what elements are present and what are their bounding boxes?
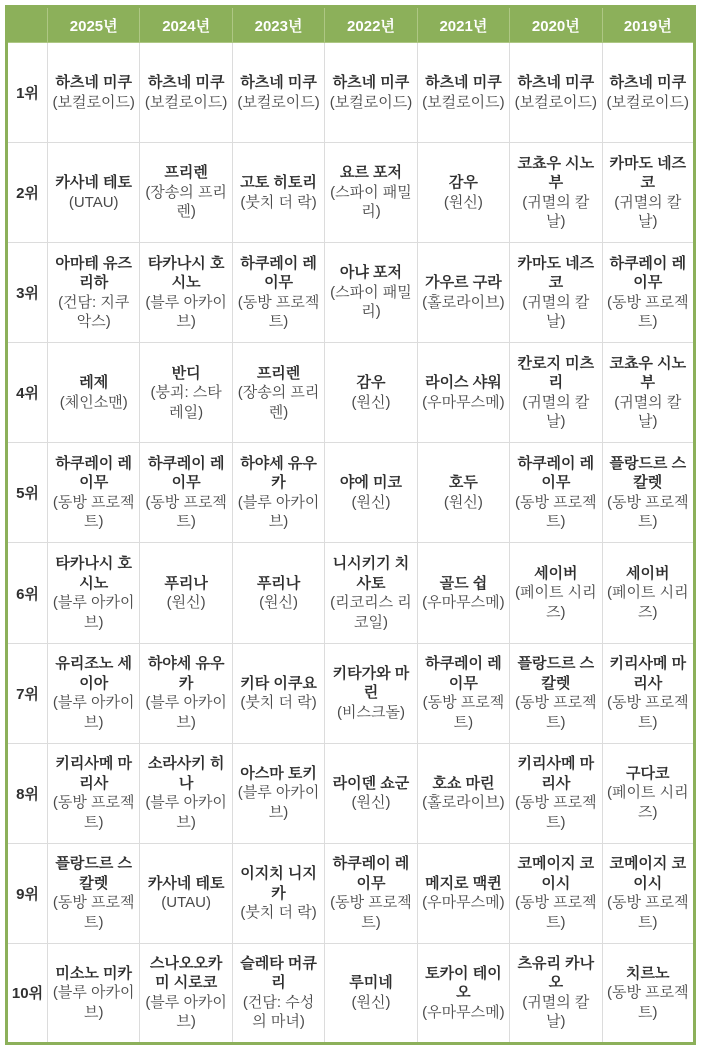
character-cell: 감우(원신) — [325, 343, 417, 443]
character-source: (원신) — [144, 593, 227, 613]
character-source: (귀멸의 칼날) — [514, 193, 597, 232]
character-name: 카사네 테토 — [144, 874, 227, 894]
character-name: 라이덴 쇼군 — [329, 774, 412, 794]
character-source: (동방 프로젝트) — [607, 693, 689, 732]
character-cell: 카마도 네즈코(귀멸의 칼날) — [510, 243, 602, 343]
character-name: 아스마 토키 — [237, 764, 320, 784]
character-name: 하츠네 미쿠 — [422, 73, 505, 93]
character-name: 카마도 네즈코 — [514, 254, 597, 293]
character-name: 타카나시 호시노 — [144, 254, 227, 293]
character-name: 소라사키 히나 — [144, 754, 227, 793]
character-source: (우마무스메) — [422, 893, 505, 913]
character-cell: 프리렌(장송의 프리렌) — [140, 143, 232, 243]
character-cell: 라이덴 쇼군(원신) — [325, 743, 417, 843]
year-header: 2020년 — [510, 7, 602, 43]
character-name: 이지치 니지카 — [237, 864, 320, 903]
character-cell: 소라사키 히나(블루 아카이브) — [140, 743, 232, 843]
table-row: 9위플랑드르 스칼렛(동방 프로젝트)카사네 테토(UTAU)이지치 니지카(붓… — [7, 843, 695, 943]
character-source: (블루 아카이브) — [144, 793, 227, 832]
character-cell: 코쵸우 시노부(귀멸의 칼날) — [602, 343, 694, 443]
character-source: (장송의 프리렌) — [144, 183, 227, 222]
character-name: 키리사메 마리사 — [52, 754, 135, 793]
character-cell: 세이버(페이트 시리즈) — [510, 543, 602, 643]
character-source: (동방 프로젝트) — [52, 793, 135, 832]
character-cell: 키리사메 마리사(동방 프로젝트) — [510, 743, 602, 843]
character-source: (붓치 더 락) — [237, 903, 320, 923]
character-name: 고토 히토리 — [237, 173, 320, 193]
character-name: 하츠네 미쿠 — [329, 73, 412, 93]
character-source: (스파이 패밀리) — [329, 183, 412, 222]
character-cell: 유리조노 세이아(블루 아카이브) — [48, 643, 140, 743]
rank-cell: 1위 — [7, 43, 48, 143]
character-name: 스나오오카미 시로코 — [144, 954, 227, 993]
character-source: (귀멸의 칼날) — [514, 293, 597, 332]
character-source: (UTAU) — [52, 193, 135, 213]
character-name: 하츠네 미쿠 — [144, 73, 227, 93]
character-name: 하츠네 미쿠 — [514, 73, 597, 93]
character-name: 타카나시 호시노 — [52, 554, 135, 593]
character-source: (원신) — [237, 593, 320, 613]
character-source: (동방 프로젝트) — [52, 493, 135, 532]
character-cell: 츠유리 카나오(귀멸의 칼날) — [510, 943, 602, 1043]
character-cell: 호두(원신) — [417, 443, 509, 543]
character-name: 코쵸우 시노부 — [514, 154, 597, 193]
character-source: (귀멸의 칼날) — [514, 993, 597, 1032]
character-name: 푸리나 — [144, 574, 227, 594]
character-name: 플랑드르 스칼렛 — [52, 854, 135, 893]
character-name: 골드 쉽 — [422, 574, 505, 594]
year-header: 2023년 — [232, 7, 324, 43]
character-name: 키리사메 마리사 — [607, 654, 689, 693]
character-cell: 세이버(페이트 시리즈) — [602, 543, 694, 643]
character-cell: 루미네(원신) — [325, 943, 417, 1043]
character-source: (페이트 시리즈) — [607, 783, 689, 822]
character-name: 레제 — [52, 373, 135, 393]
character-source: (보컬로이드) — [52, 93, 135, 113]
character-source: (건담: 지쿠악스) — [52, 293, 135, 332]
character-source: (원신) — [329, 793, 412, 813]
character-source: (우마무스메) — [422, 593, 505, 613]
character-source: (우마무스메) — [422, 393, 505, 413]
character-name: 코메이지 코이시 — [607, 854, 689, 893]
character-name: 유리조노 세이아 — [52, 654, 135, 693]
character-cell: 스나오오카미 시로코(블루 아카이브) — [140, 943, 232, 1043]
character-name: 카사네 테토 — [52, 173, 135, 193]
character-source: (홀로라이브) — [422, 293, 505, 313]
character-name: 반디 — [144, 364, 227, 384]
character-name: 하쿠레이 레이무 — [514, 454, 597, 493]
character-name: 호두 — [422, 473, 505, 493]
character-source: (붓치 더 락) — [237, 693, 320, 713]
character-source: (페이트 시리즈) — [514, 583, 597, 622]
rank-cell: 6위 — [7, 543, 48, 643]
character-source: (동방 프로젝트) — [422, 693, 505, 732]
character-name: 가우르 구라 — [422, 273, 505, 293]
character-cell: 메지로 맥퀸(우마무스메) — [417, 843, 509, 943]
character-cell: 하츠네 미쿠(보컬로이드) — [232, 43, 324, 143]
year-header: 2021년 — [417, 7, 509, 43]
character-cell: 플랑드르 스칼렛(동방 프로젝트) — [602, 443, 694, 543]
rank-cell: 4위 — [7, 343, 48, 443]
rank-cell: 9위 — [7, 843, 48, 943]
rank-cell: 3위 — [7, 243, 48, 343]
character-name: 세이버 — [607, 564, 689, 584]
character-source: (동방 프로젝트) — [607, 983, 689, 1022]
character-source: (귀멸의 칼날) — [607, 393, 689, 432]
character-name: 하츠네 미쿠 — [607, 73, 689, 93]
table-row: 3위아마테 유즈리하(건담: 지쿠악스)타카나시 호시노(블루 아카이브)하쿠레… — [7, 243, 695, 343]
corner-cell — [7, 7, 48, 43]
character-cell: 키리사메 마리사(동방 프로젝트) — [48, 743, 140, 843]
character-source: (귀멸의 칼날) — [514, 393, 597, 432]
character-cell: 라이스 샤워(우마무스메) — [417, 343, 509, 443]
character-cell: 하츠네 미쿠(보컬로이드) — [602, 43, 694, 143]
character-name: 키리사메 마리사 — [514, 754, 597, 793]
character-cell: 하츠네 미쿠(보컬로이드) — [140, 43, 232, 143]
character-cell: 하츠네 미쿠(보컬로이드) — [325, 43, 417, 143]
character-name: 메지로 맥퀸 — [422, 874, 505, 894]
character-cell: 하야세 유우카(블루 아카이브) — [140, 643, 232, 743]
character-source: (우마무스메) — [422, 1003, 505, 1023]
character-source: (동방 프로젝트) — [144, 493, 227, 532]
character-cell: 플랑드르 스칼렛(동방 프로젝트) — [510, 643, 602, 743]
character-name: 칸로지 미츠리 — [514, 354, 597, 393]
character-cell: 카사네 테토(UTAU) — [48, 143, 140, 243]
character-source: (동방 프로젝트) — [514, 693, 597, 732]
character-name: 푸리나 — [237, 574, 320, 594]
character-source: (동방 프로젝트) — [607, 893, 689, 932]
character-name: 아냐 포저 — [329, 263, 412, 283]
character-cell: 타카나시 호시노(블루 아카이브) — [140, 243, 232, 343]
character-cell: 가우르 구라(홀로라이브) — [417, 243, 509, 343]
character-cell: 슬레타 머큐리(건담: 수성의 마녀) — [232, 943, 324, 1043]
character-cell: 코메이지 코이시(동방 프로젝트) — [510, 843, 602, 943]
character-source: (원신) — [422, 493, 505, 513]
character-name: 미소노 미카 — [52, 964, 135, 984]
character-name: 하쿠레이 레이무 — [607, 254, 689, 293]
character-name: 하츠네 미쿠 — [237, 73, 320, 93]
character-name: 하츠네 미쿠 — [52, 73, 135, 93]
character-source: (보컬로이드) — [144, 93, 227, 113]
character-name: 코메이지 코이시 — [514, 854, 597, 893]
character-cell: 하츠네 미쿠(보컬로이드) — [510, 43, 602, 143]
character-cell: 타카나시 호시노(블루 아카이브) — [48, 543, 140, 643]
character-source: (보컬로이드) — [237, 93, 320, 113]
character-cell: 프리렌(장송의 프리렌) — [232, 343, 324, 443]
character-source: (블루 아카이브) — [237, 493, 320, 532]
character-name: 하쿠레이 레이무 — [422, 654, 505, 693]
character-source: (블루 아카이브) — [144, 293, 227, 332]
character-name: 플랑드르 스칼렛 — [607, 454, 689, 493]
character-source: (블루 아카이브) — [52, 693, 135, 732]
character-source: (붓치 더 락) — [237, 193, 320, 213]
rank-cell: 7위 — [7, 643, 48, 743]
character-cell: 코메이지 코이시(동방 프로젝트) — [602, 843, 694, 943]
character-name: 구다코 — [607, 764, 689, 784]
character-cell: 하쿠레이 레이무(동방 프로젝트) — [510, 443, 602, 543]
table-row: 6위타카나시 호시노(블루 아카이브)푸리나(원신)푸리나(원신)니시키기 치사… — [7, 543, 695, 643]
character-cell: 카사네 테토(UTAU) — [140, 843, 232, 943]
character-name: 하쿠레이 레이무 — [52, 454, 135, 493]
table-row: 7위유리조노 세이아(블루 아카이브)하야세 유우카(블루 아카이브)키타 이쿠… — [7, 643, 695, 743]
character-source: (동방 프로젝트) — [514, 493, 597, 532]
character-source: (동방 프로젝트) — [514, 893, 597, 932]
character-source: (동방 프로젝트) — [607, 493, 689, 532]
character-cell: 키리사메 마리사(동방 프로젝트) — [602, 643, 694, 743]
character-source: (블루 아카이브) — [144, 693, 227, 732]
character-name: 하쿠레이 레이무 — [237, 254, 320, 293]
character-name: 플랑드르 스칼렛 — [514, 654, 597, 693]
character-name: 세이버 — [514, 564, 597, 584]
character-cell: 푸리나(원신) — [232, 543, 324, 643]
character-cell: 칸로지 미츠리(귀멸의 칼날) — [510, 343, 602, 443]
table-row: 1위하츠네 미쿠(보컬로이드)하츠네 미쿠(보컬로이드)하츠네 미쿠(보컬로이드… — [7, 43, 695, 143]
character-cell: 아스마 토키(블루 아카이브) — [232, 743, 324, 843]
character-source: (보컬로이드) — [514, 93, 597, 113]
character-source: (UTAU) — [144, 893, 227, 913]
year-header: 2019년 — [602, 7, 694, 43]
character-source: (원신) — [329, 393, 412, 413]
character-cell: 고토 히토리(붓치 더 락) — [232, 143, 324, 243]
table-row: 8위키리사메 마리사(동방 프로젝트)소라사키 히나(블루 아카이브)아스마 토… — [7, 743, 695, 843]
character-name: 키타 이쿠요 — [237, 674, 320, 694]
page: 2025년2024년2023년2022년2021년2020년2019년 1위하츠… — [0, 0, 701, 1050]
ranking-table: 2025년2024년2023년2022년2021년2020년2019년 1위하츠… — [5, 5, 696, 1045]
character-cell: 하쿠레이 레이무(동방 프로젝트) — [140, 443, 232, 543]
character-cell: 호쇼 마린(홀로라이브) — [417, 743, 509, 843]
character-cell: 치르노(동방 프로젝트) — [602, 943, 694, 1043]
character-name: 토카이 테이오 — [422, 964, 505, 1003]
character-name: 라이스 샤워 — [422, 373, 505, 393]
character-source: (동방 프로젝트) — [52, 893, 135, 932]
character-source: (블루 아카이브) — [237, 783, 320, 822]
character-cell: 하쿠레이 레이무(동방 프로젝트) — [325, 843, 417, 943]
character-cell: 키타 이쿠요(붓치 더 락) — [232, 643, 324, 743]
character-source: (블루 아카이브) — [144, 993, 227, 1032]
character-name: 하쿠레이 레이무 — [329, 854, 412, 893]
character-source: (보컬로이드) — [329, 93, 412, 113]
rank-cell: 5위 — [7, 443, 48, 543]
character-cell: 레제(체인소맨) — [48, 343, 140, 443]
character-cell: 요르 포저(스파이 패밀리) — [325, 143, 417, 243]
character-name: 야에 미코 — [329, 473, 412, 493]
character-source: (홀로라이브) — [422, 793, 505, 813]
character-source: (블루 아카이브) — [52, 983, 135, 1022]
year-header: 2024년 — [140, 7, 232, 43]
character-cell: 야에 미코(원신) — [325, 443, 417, 543]
character-cell: 코쵸우 시노부(귀멸의 칼날) — [510, 143, 602, 243]
character-cell: 하츠네 미쿠(보컬로이드) — [417, 43, 509, 143]
year-header: 2025년 — [48, 7, 140, 43]
character-cell: 푸리나(원신) — [140, 543, 232, 643]
character-name: 루미네 — [329, 973, 412, 993]
character-cell: 감우(원신) — [417, 143, 509, 243]
character-name: 프리렌 — [237, 364, 320, 384]
character-source: (체인소맨) — [52, 393, 135, 413]
character-cell: 토카이 테이오(우마무스메) — [417, 943, 509, 1043]
character-source: (블루 아카이브) — [52, 593, 135, 632]
character-cell: 하츠네 미쿠(보컬로이드) — [48, 43, 140, 143]
character-source: (페이트 시리즈) — [607, 583, 689, 622]
character-name: 슬레타 머큐리 — [237, 954, 320, 993]
rank-cell: 10위 — [7, 943, 48, 1043]
character-cell: 미소노 미카(블루 아카이브) — [48, 943, 140, 1043]
character-cell: 이지치 니지카(붓치 더 락) — [232, 843, 324, 943]
character-cell: 하쿠레이 레이무(동방 프로젝트) — [602, 243, 694, 343]
character-name: 하야세 유우카 — [144, 654, 227, 693]
character-source: (보컬로이드) — [607, 93, 689, 113]
table-row: 5위하쿠레이 레이무(동방 프로젝트)하쿠레이 레이무(동방 프로젝트)하야세 … — [7, 443, 695, 543]
rank-cell: 2위 — [7, 143, 48, 243]
character-source: (귀멸의 칼날) — [607, 193, 689, 232]
character-name: 요르 포저 — [329, 163, 412, 183]
character-name: 키타가와 마린 — [329, 664, 412, 703]
character-name: 니시키기 치사토 — [329, 554, 412, 593]
character-cell: 아냐 포저(스파이 패밀리) — [325, 243, 417, 343]
character-name: 호쇼 마린 — [422, 774, 505, 794]
character-source: (동방 프로젝트) — [237, 293, 320, 332]
character-cell: 반디(붕괴: 스타레일) — [140, 343, 232, 443]
table-row: 4위레제(체인소맨)반디(붕괴: 스타레일)프리렌(장송의 프리렌)감우(원신)… — [7, 343, 695, 443]
character-name: 츠유리 카나오 — [514, 954, 597, 993]
character-source: (리코리스 리코일) — [329, 593, 412, 632]
character-source: (원신) — [422, 193, 505, 213]
character-name: 하야세 유우카 — [237, 454, 320, 493]
table-row: 2위카사네 테토(UTAU)프리렌(장송의 프리렌)고토 히토리(붓치 더 락)… — [7, 143, 695, 243]
character-name: 코쵸우 시노부 — [607, 354, 689, 393]
character-source: (붕괴: 스타레일) — [144, 383, 227, 422]
table-head: 2025년2024년2023년2022년2021년2020년2019년 — [7, 7, 695, 43]
character-cell: 골드 쉽(우마무스메) — [417, 543, 509, 643]
character-name: 아마테 유즈리하 — [52, 254, 135, 293]
character-source: (보컬로이드) — [422, 93, 505, 113]
character-cell: 하쿠레이 레이무(동방 프로젝트) — [232, 243, 324, 343]
character-name: 감우 — [422, 173, 505, 193]
character-source: (원신) — [329, 493, 412, 513]
character-source: (건담: 수성의 마녀) — [237, 993, 320, 1032]
character-source: (동방 프로젝트) — [607, 293, 689, 332]
character-cell: 카마도 네즈코(귀멸의 칼날) — [602, 143, 694, 243]
character-cell: 하쿠레이 레이무(동방 프로젝트) — [417, 643, 509, 743]
character-source: (비스크돌) — [329, 703, 412, 723]
character-source: (스파이 패밀리) — [329, 283, 412, 322]
character-cell: 구다코(페이트 시리즈) — [602, 743, 694, 843]
character-name: 하쿠레이 레이무 — [144, 454, 227, 493]
rank-cell: 8위 — [7, 743, 48, 843]
character-name: 감우 — [329, 373, 412, 393]
character-cell: 하야세 유우카(블루 아카이브) — [232, 443, 324, 543]
table-row: 10위미소노 미카(블루 아카이브)스나오오카미 시로코(블루 아카이브)슬레타… — [7, 943, 695, 1043]
character-source: (동방 프로젝트) — [514, 793, 597, 832]
header-row: 2025년2024년2023년2022년2021년2020년2019년 — [7, 7, 695, 43]
character-cell: 니시키기 치사토(리코리스 리코일) — [325, 543, 417, 643]
character-source: (원신) — [329, 993, 412, 1013]
character-name: 치르노 — [607, 964, 689, 984]
table-body: 1위하츠네 미쿠(보컬로이드)하츠네 미쿠(보컬로이드)하츠네 미쿠(보컬로이드… — [7, 43, 695, 1044]
character-source: (동방 프로젝트) — [329, 893, 412, 932]
character-cell: 키타가와 마린(비스크돌) — [325, 643, 417, 743]
character-source: (장송의 프리렌) — [237, 383, 320, 422]
character-name: 프리렌 — [144, 163, 227, 183]
character-cell: 아마테 유즈리하(건담: 지쿠악스) — [48, 243, 140, 343]
year-header: 2022년 — [325, 7, 417, 43]
character-name: 카마도 네즈코 — [607, 154, 689, 193]
character-cell: 플랑드르 스칼렛(동방 프로젝트) — [48, 843, 140, 943]
character-cell: 하쿠레이 레이무(동방 프로젝트) — [48, 443, 140, 543]
